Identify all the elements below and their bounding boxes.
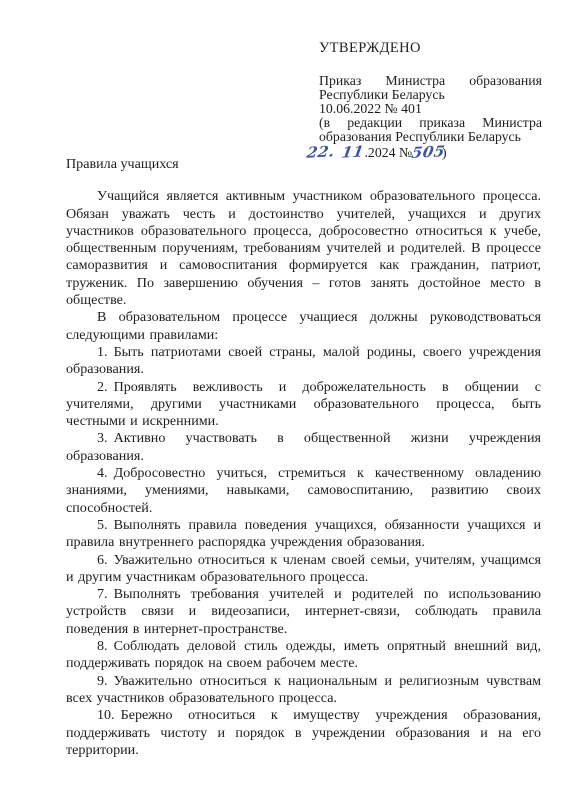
rule-number: 2. bbox=[97, 379, 108, 395]
rule-item: 5.Выполнять правила поведения учащихся, … bbox=[66, 517, 541, 552]
rule-number: 10. bbox=[97, 707, 115, 723]
order-line: (в редакции приказа Министра bbox=[319, 116, 542, 130]
rule-item: 3.Активно участвовать в общественной жиз… bbox=[66, 430, 541, 465]
rule-item: 9.Уважительно относиться к национальным … bbox=[66, 673, 541, 708]
order-line: 10.06.2022 № 401 bbox=[319, 102, 542, 116]
rule-text: Соблюдать деловой стиль одежды, иметь оп… bbox=[66, 638, 541, 671]
rule-number: 4. bbox=[97, 465, 108, 481]
rule-number: 8. bbox=[97, 638, 108, 654]
rule-item: 8.Соблюдать деловой стиль одежды, иметь … bbox=[66, 638, 541, 673]
intro-paragraph: Учащийся является активным участником об… bbox=[66, 188, 541, 309]
rule-text: Активно участвовать в общественной жизни… bbox=[66, 430, 541, 463]
rule-text: Быть патриотами своей страны, малой роди… bbox=[66, 344, 541, 377]
order-line: Республики Беларусь bbox=[319, 88, 542, 102]
rule-number: 9. bbox=[97, 673, 108, 689]
rule-number: 1. bbox=[97, 344, 108, 360]
rule-text: Уважительно относиться к членам своей се… bbox=[66, 552, 541, 585]
rule-item: 6.Уважительно относиться к членам своей … bbox=[66, 552, 541, 587]
rule-number: 6. bbox=[97, 552, 108, 568]
rule-text: Проявлять вежливость и доброжелательност… bbox=[66, 379, 541, 430]
document-title: Правила учащихся bbox=[66, 156, 541, 173]
rule-number: 5. bbox=[97, 517, 108, 533]
rule-item: 7.Выполнять требования учителей и родите… bbox=[66, 586, 541, 638]
rule-item: 1.Быть патриотами своей страны, малой ро… bbox=[66, 344, 541, 379]
approval-block: УТВЕРЖДЕНО Приказ Министра образования Р… bbox=[319, 41, 542, 160]
rule-item: 10.Бережно относиться к имуществу учрежд… bbox=[66, 707, 541, 759]
rule-text: Бережно относиться к имуществу учреждени… bbox=[66, 707, 541, 758]
order-line: образования Республики Беларусь bbox=[319, 130, 542, 144]
order-line: Приказ Министра образования bbox=[319, 74, 542, 88]
approved-heading: УТВЕРЖДЕНО bbox=[319, 41, 542, 55]
rule-text: Добросовестно учиться, стремиться к каче… bbox=[66, 465, 541, 516]
rule-text: Выполнять требования учителей и родителе… bbox=[66, 586, 541, 637]
rules-lead-paragraph: В образовательном процессе учащиеся долж… bbox=[66, 309, 541, 344]
rule-number: 7. bbox=[97, 586, 108, 602]
rule-text: Выполнять правила поведения учащихся, об… bbox=[66, 517, 541, 550]
document-body: Правила учащихся Учащийся является актив… bbox=[66, 156, 541, 759]
rule-text: Уважительно относиться к национальным и … bbox=[66, 673, 541, 706]
rule-item: 2.Проявлять вежливость и доброжелательно… bbox=[66, 379, 541, 431]
rule-item: 4.Добросовестно учиться, стремиться к ка… bbox=[66, 465, 541, 517]
rule-number: 3. bbox=[97, 430, 108, 446]
